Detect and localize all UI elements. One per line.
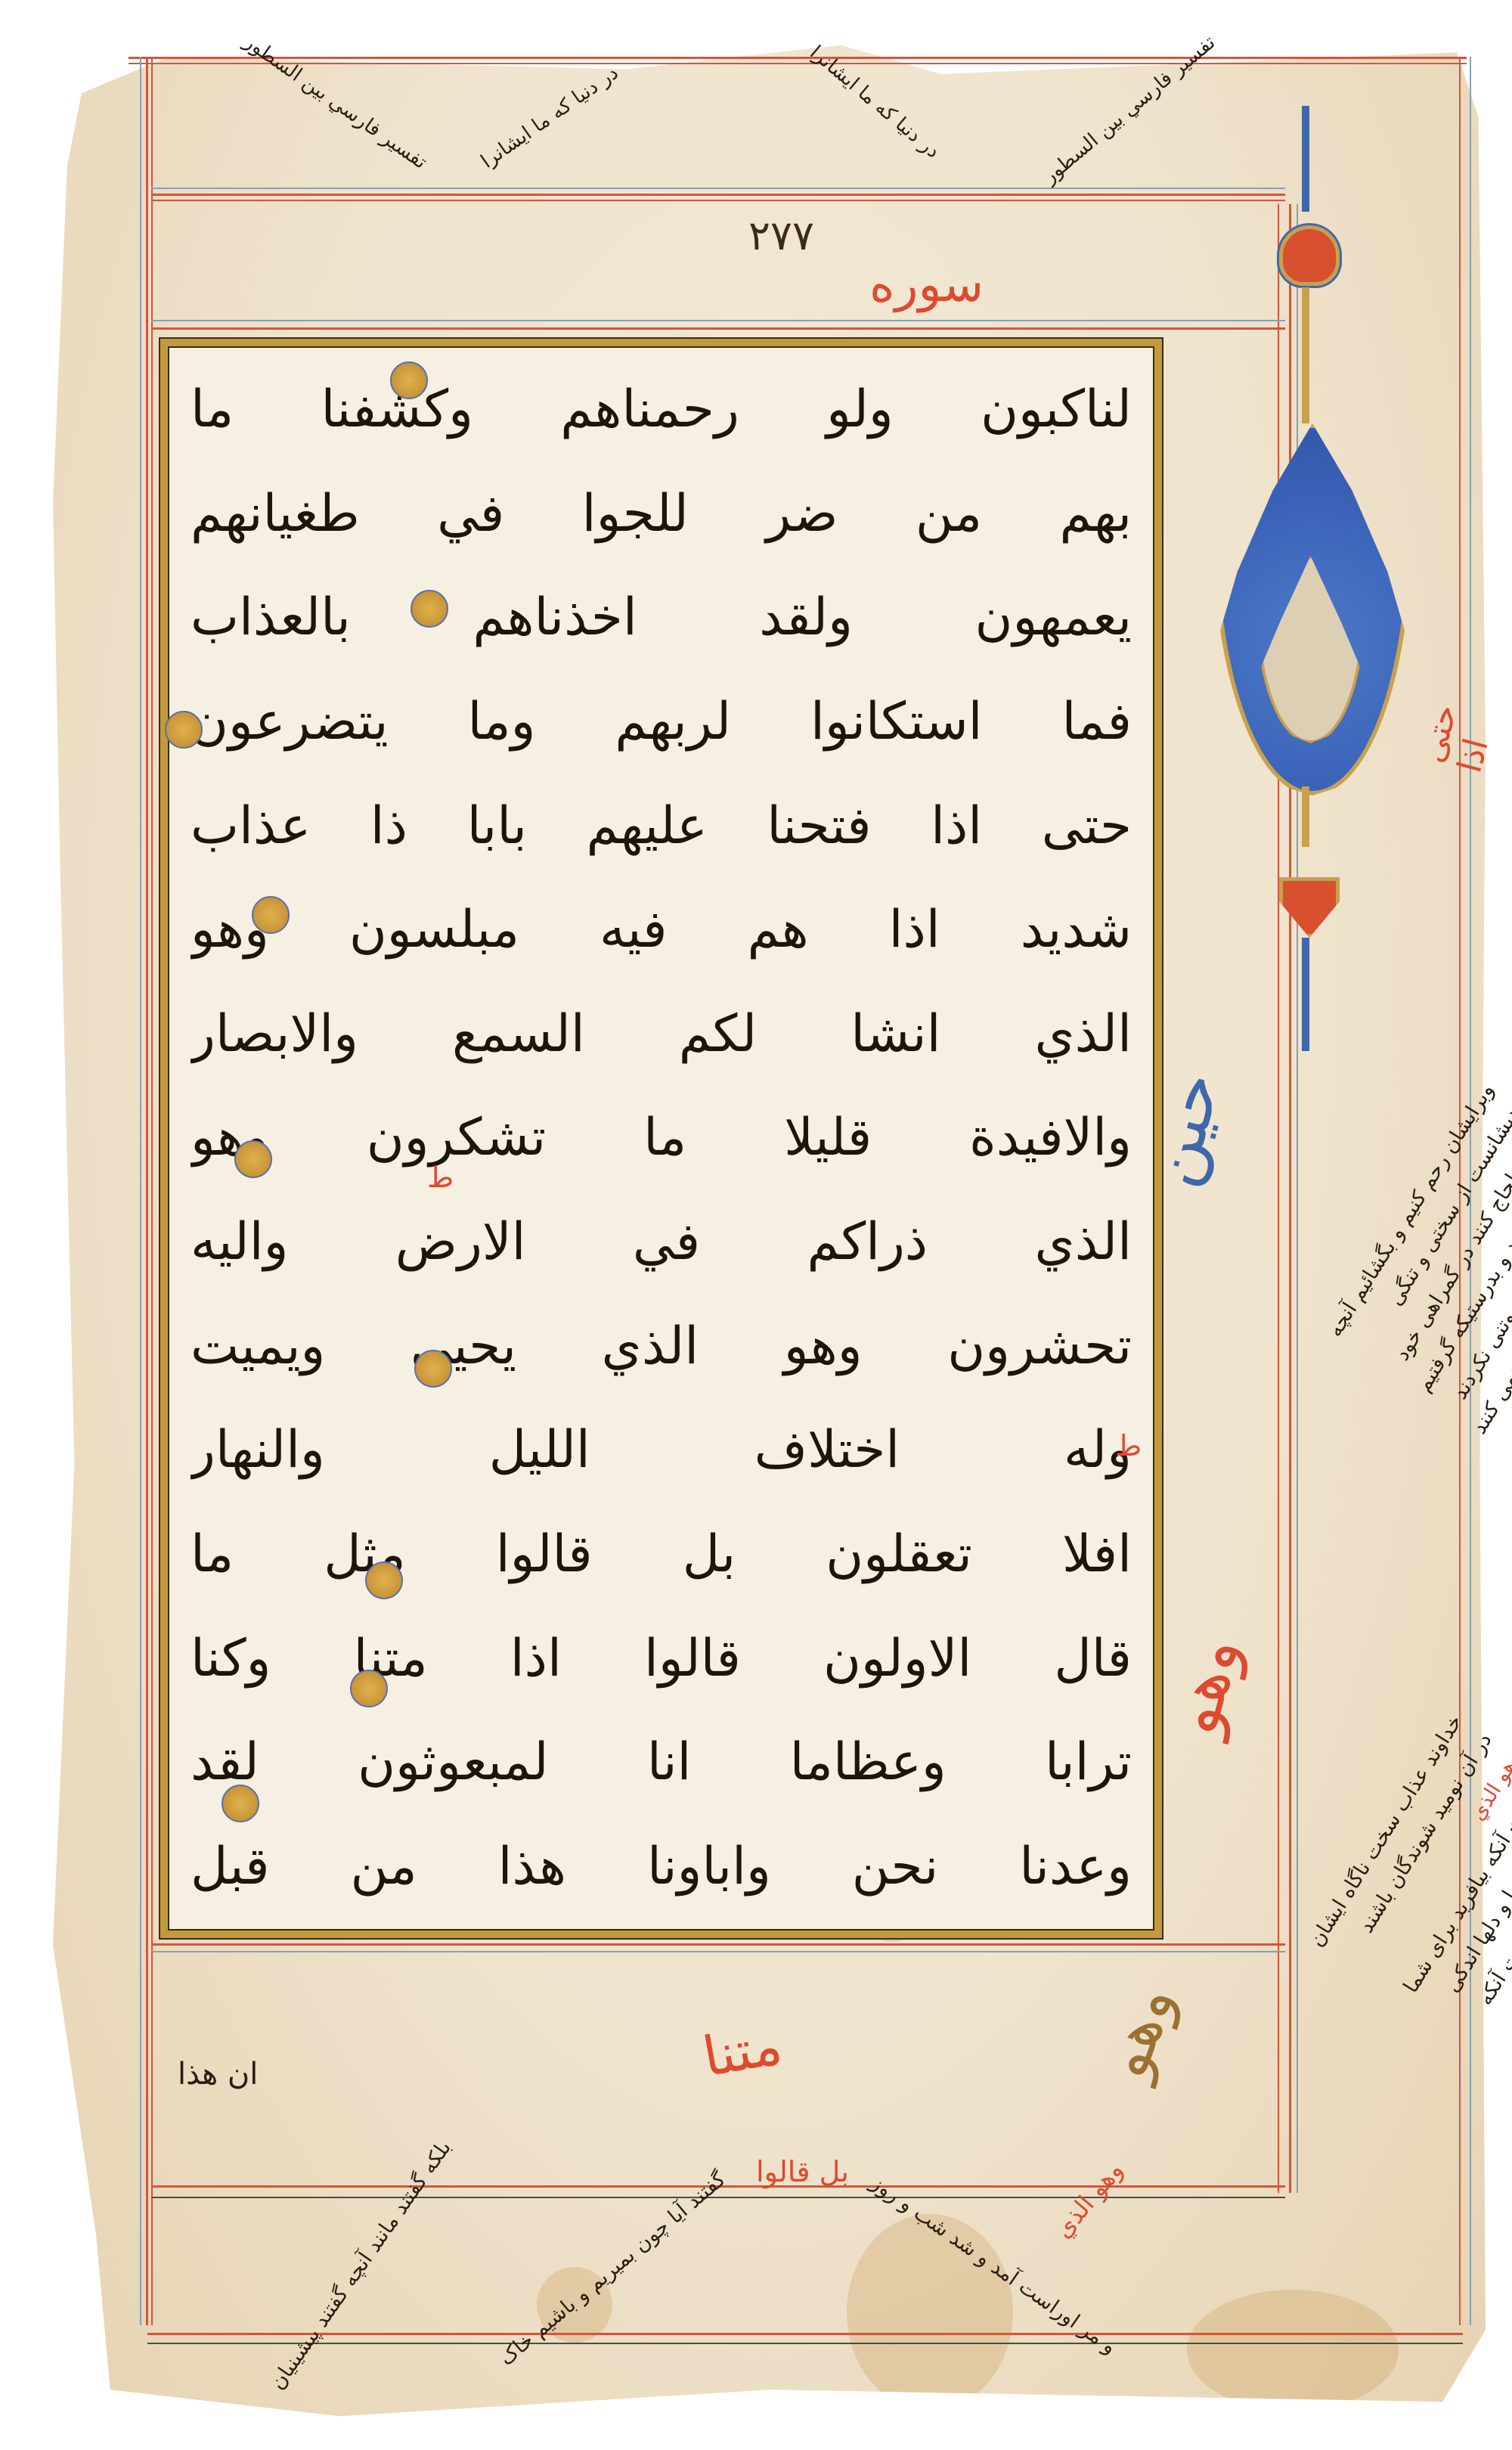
outer-ruling-top	[129, 57, 1467, 59]
water-stain	[847, 2214, 1013, 2411]
text-line: لناكبون ولو رحمناهم وكشفنا ما	[191, 361, 1132, 458]
verse-rosette-icon	[365, 1561, 403, 1599]
outer-ruling-bottom	[147, 2343, 1463, 2344]
main-text-block: لناكبون ولو رحمناهم وكشفنا ما بهم من ضر …	[160, 339, 1162, 1938]
inner-ruling-top	[151, 194, 1285, 196]
inner-ruling-top	[151, 188, 1285, 189]
pause-mark: ط	[427, 1161, 454, 1194]
verse-rosette-icon	[390, 361, 428, 399]
verse-rosette-icon	[222, 1785, 259, 1822]
catchword: ان هذا	[178, 2057, 258, 2092]
text-line: الذي ذراكم في الارض واليه	[191, 1194, 1132, 1291]
water-stain	[1187, 2290, 1399, 2411]
text-line: حتى اذا فتحنا عليهم بابا ذا عذاب	[191, 778, 1132, 875]
medallion-stem	[1302, 106, 1309, 212]
outer-ruling-left	[140, 57, 141, 2325]
inner-ruling-top	[151, 200, 1285, 201]
frame-ruling-bottom	[151, 1943, 1285, 1946]
verse-rosette-icon	[165, 711, 203, 749]
text-line: يعمهون ولقد اخذناهم بالعذاب	[191, 569, 1132, 666]
text-line: بهم من ضر للجوا في طغيانهم	[191, 466, 1132, 563]
text-line: وعدنا نحن واباونا هذا من قبل	[191, 1819, 1132, 1915]
frame-ruling-bottom	[151, 1951, 1285, 1952]
medallion-top-finial-icon	[1279, 225, 1340, 286]
outer-ruling-bottom	[147, 2333, 1463, 2335]
verse-rosette-icon	[414, 1350, 452, 1388]
pause-mark: ط	[1115, 1429, 1142, 1462]
text-line: الذي انشا لكم السمع والابصار	[191, 986, 1132, 1083]
outer-ruling-left	[151, 57, 153, 2325]
medallion-stem	[1302, 287, 1309, 423]
outer-ruling-top	[129, 63, 1467, 64]
frame-ruling-top	[151, 320, 1285, 321]
outer-ruling-left	[146, 57, 148, 2325]
medallion-stem	[1302, 786, 1309, 847]
text-line: شديد اذا هم فيه مبلسون وهو	[191, 882, 1132, 978]
medallion-stem	[1302, 938, 1309, 1051]
sura-header-rubric: سوره	[869, 257, 984, 313]
text-line: فما استكانوا لربهم وما يتضرعون	[191, 674, 1132, 771]
inner-ruling-bottom	[151, 2197, 1285, 2198]
verse-rosette-icon	[252, 896, 290, 934]
verse-rosette-icon	[350, 1670, 388, 1707]
verse-rosette-icon	[411, 590, 448, 628]
text-line: ترابا وعظاما انا لمبعوثون لقد	[191, 1714, 1132, 1811]
text-line: قال الاولون قالوا اذا متنا وكنا	[191, 1611, 1132, 1707]
text-line: وله اختلاف الليل والنهار	[191, 1402, 1132, 1499]
gloss-rubric: بل قالوا	[756, 2155, 849, 2188]
text-lines: لناكبون ولو رحمناهم وكشفنا ما بهم من ضر …	[191, 361, 1132, 1915]
margin-word-red: متنا	[698, 2013, 786, 2089]
folio-number: ٢٧٧	[748, 212, 814, 259]
text-line: تحشرون وهو الذي يحيي ويميت	[191, 1298, 1132, 1395]
text-line: افلا تعقلون بل قالوا مثل ما	[191, 1506, 1132, 1603]
text-line: والافيدة قليلا ما تشكرون وهو	[191, 1090, 1132, 1186]
verse-rosette-icon	[234, 1140, 272, 1178]
frame-ruling-top	[151, 327, 1285, 330]
